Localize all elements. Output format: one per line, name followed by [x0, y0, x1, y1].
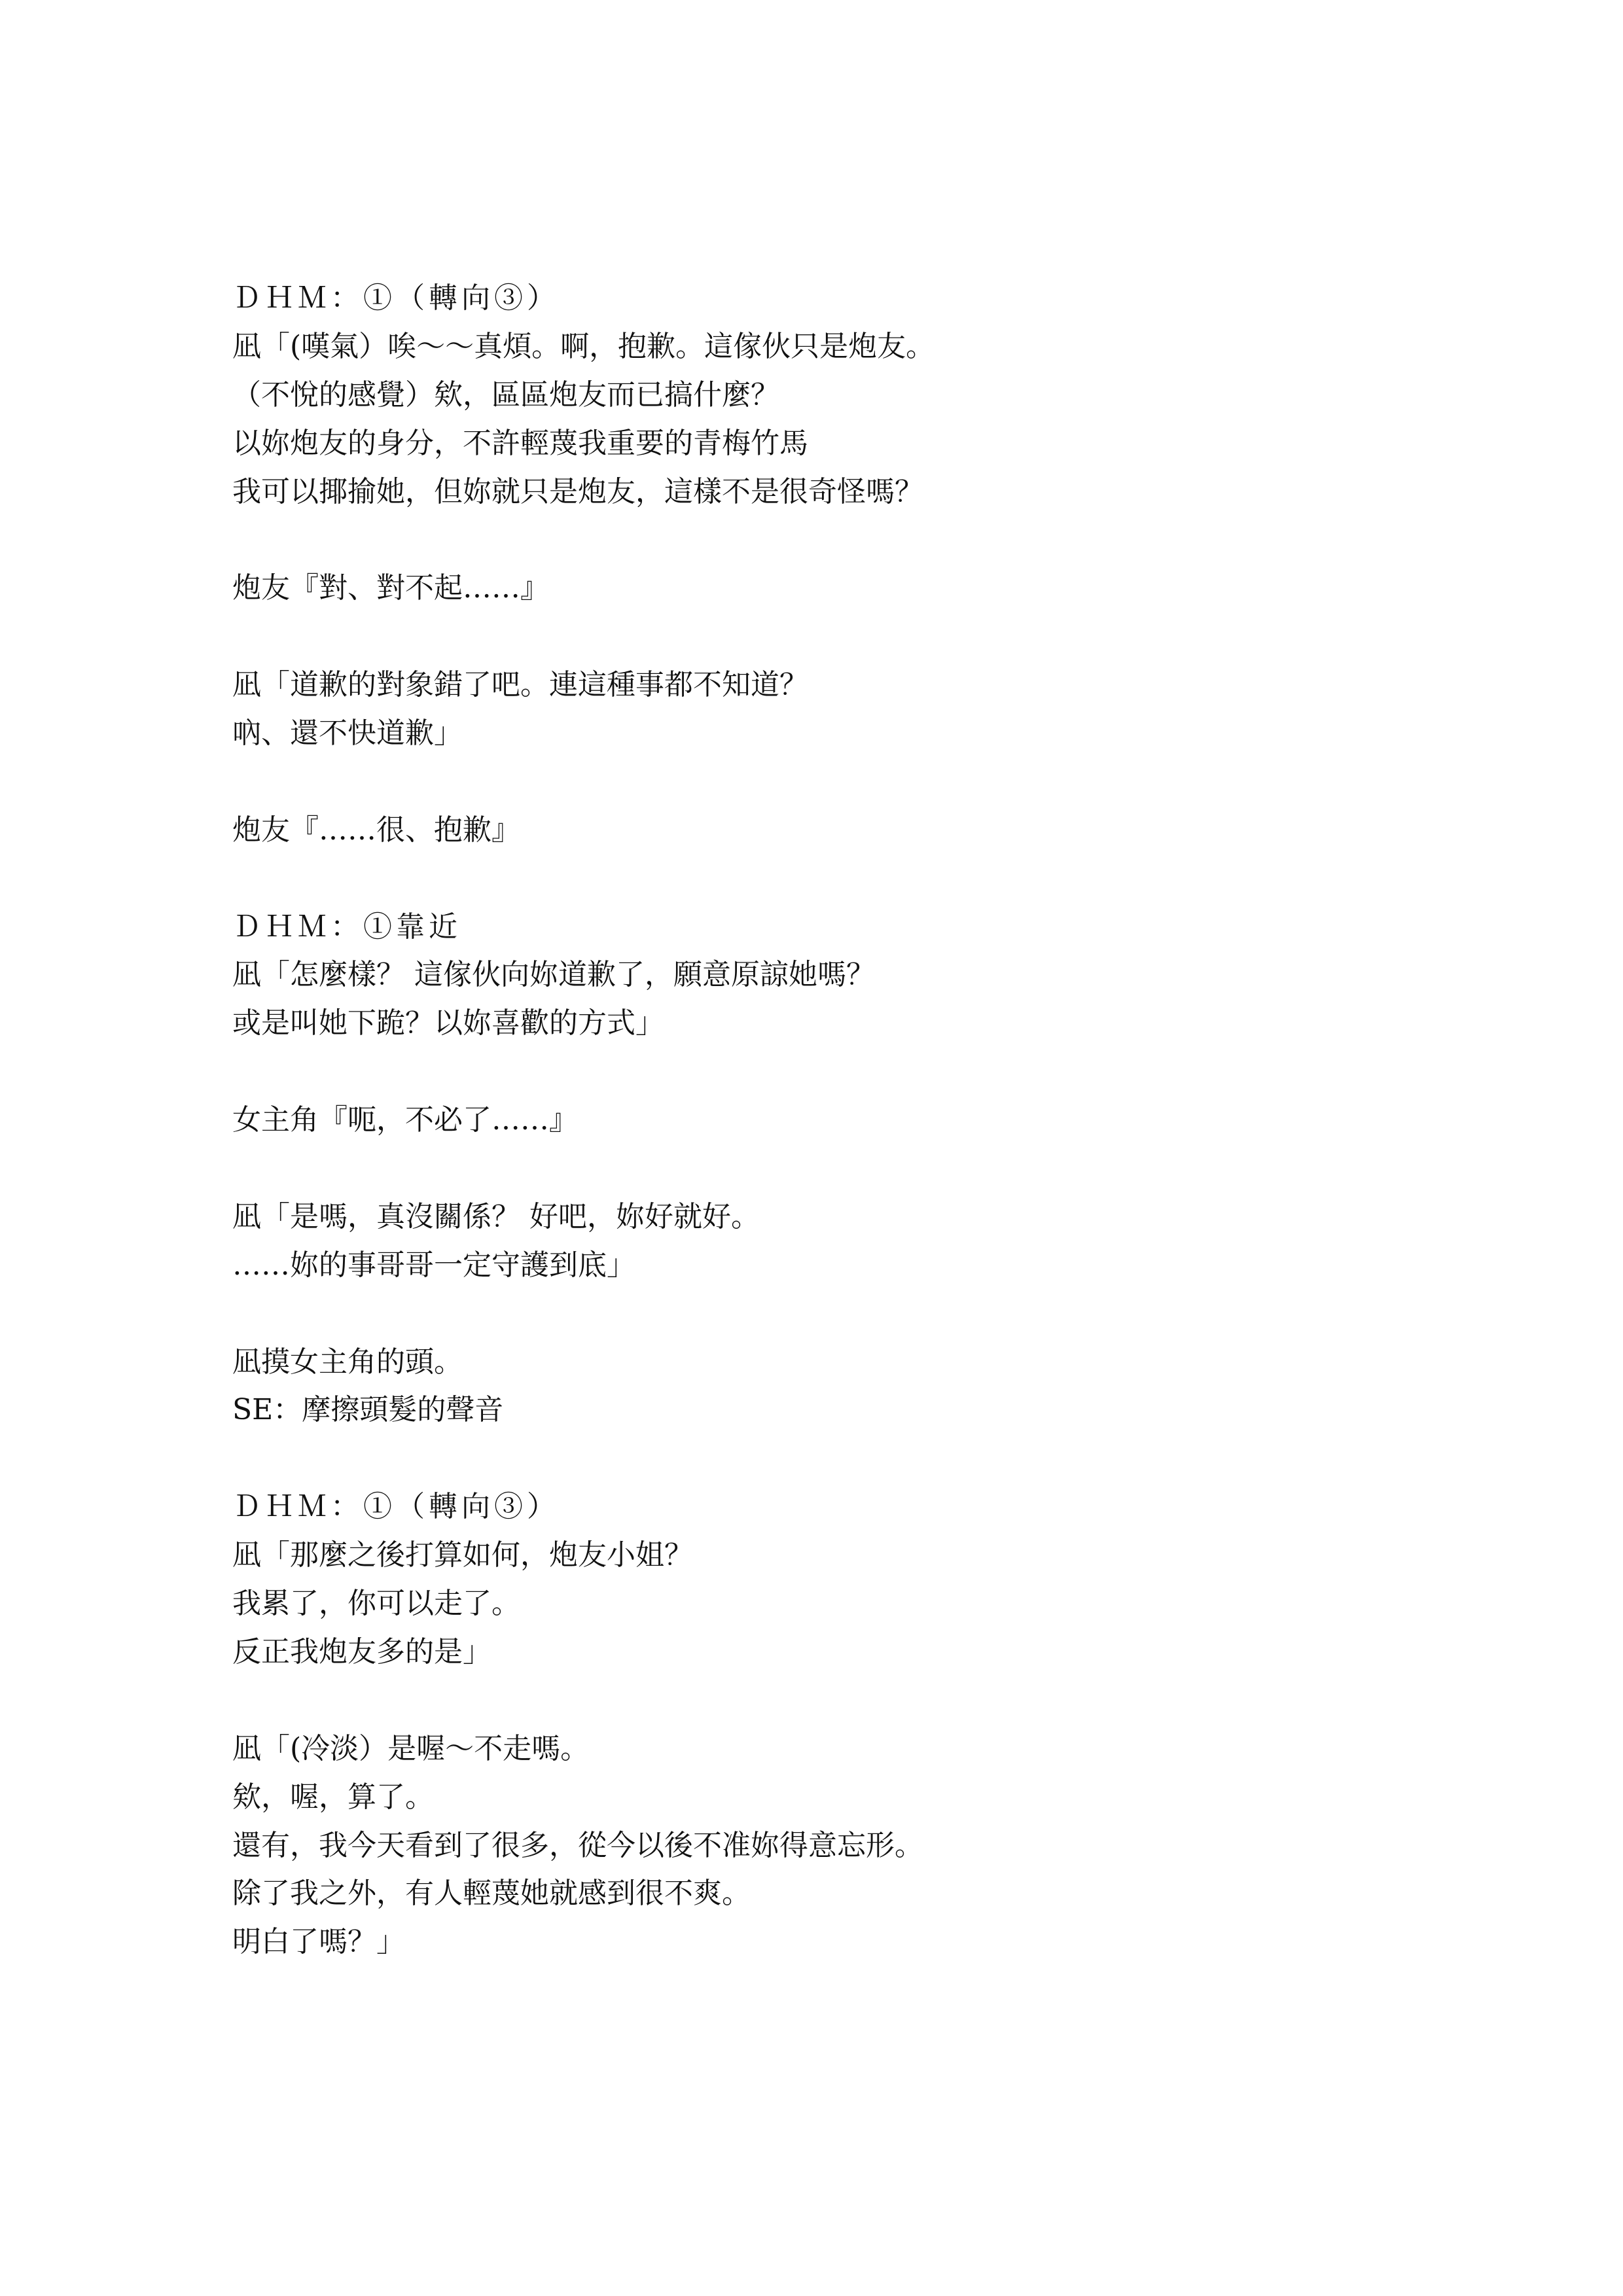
dialogue-line: 欸，喔，算了。: [232, 1773, 1410, 1822]
script-page: ＤＨＭ：①（轉向③） 凪「(嘆氣）唉～～真煩。啊，抱歉。這傢伙只是炮友。 （不悅…: [232, 274, 1410, 1966]
dialogue-line: 凪「是嗎，真沒關係？ 好吧，妳好就好。: [232, 1193, 1410, 1241]
sound-effect-line: SE：摩擦頭髮的聲音: [232, 1386, 1410, 1434]
stage-direction: ＤＨＭ：①（轉向③）: [232, 1483, 1410, 1531]
dialogue-line: 凪「那麼之後打算如何，炮友小姐？: [232, 1531, 1410, 1580]
dialogue-line: 凪「怎麼樣？ 這傢伙向妳道歉了，願意原諒她嗎？: [232, 951, 1410, 999]
blank-line: [232, 516, 1410, 564]
stage-direction: ＤＨＭ：①（轉向③）: [232, 274, 1410, 323]
dialogue-line: 凪「道歉的對象錯了吧。連這種事都不知道？: [232, 661, 1410, 709]
dialogue-line: 明白了嗎？」: [232, 1918, 1410, 1966]
action-line: 凪摸女主角的頭。: [232, 1338, 1410, 1386]
dialogue-line: 女主角『呃，不必了……』: [232, 1096, 1410, 1144]
dialogue-line: 凪「(冷淡）是喔～不走嗎。: [232, 1725, 1410, 1773]
blank-line: [232, 1290, 1410, 1338]
dialogue-line: 反正我炮友多的是」: [232, 1628, 1410, 1676]
blank-line: [232, 758, 1410, 806]
dialogue-line: 炮友『對、對不起……』: [232, 564, 1410, 612]
dialogue-line: （不悅的感覺）欸，區區炮友而已搞什麼？: [232, 371, 1410, 419]
dialogue-line: 吶、還不快道歉」: [232, 709, 1410, 758]
dialogue-line: 我可以揶揄她，但妳就只是炮友，這樣不是很奇怪嗎？: [232, 468, 1410, 516]
dialogue-line: ……妳的事哥哥一定守護到底」: [232, 1241, 1410, 1290]
stage-direction: ＤＨＭ：①靠近: [232, 903, 1410, 951]
dialogue-line: 凪「(嘆氣）唉～～真煩。啊，抱歉。這傢伙只是炮友。: [232, 323, 1410, 371]
dialogue-line: 或是叫她下跪？以妳喜歡的方式」: [232, 999, 1410, 1048]
blank-line: [232, 612, 1410, 661]
blank-line: [232, 855, 1410, 903]
blank-line: [232, 1434, 1410, 1483]
blank-line: [232, 1676, 1410, 1725]
dialogue-line: 炮友『……很、抱歉』: [232, 806, 1410, 855]
blank-line: [232, 1048, 1410, 1096]
dialogue-line: 以妳炮友的身分，不許輕蔑我重要的青梅竹馬: [232, 419, 1410, 468]
dialogue-line: 我累了，你可以走了。: [232, 1580, 1410, 1628]
dialogue-line: 還有，我今天看到了很多，從今以後不准妳得意忘形。: [232, 1822, 1410, 1870]
dialogue-line: 除了我之外，有人輕蔑她就感到很不爽。: [232, 1869, 1410, 1918]
blank-line: [232, 1144, 1410, 1193]
